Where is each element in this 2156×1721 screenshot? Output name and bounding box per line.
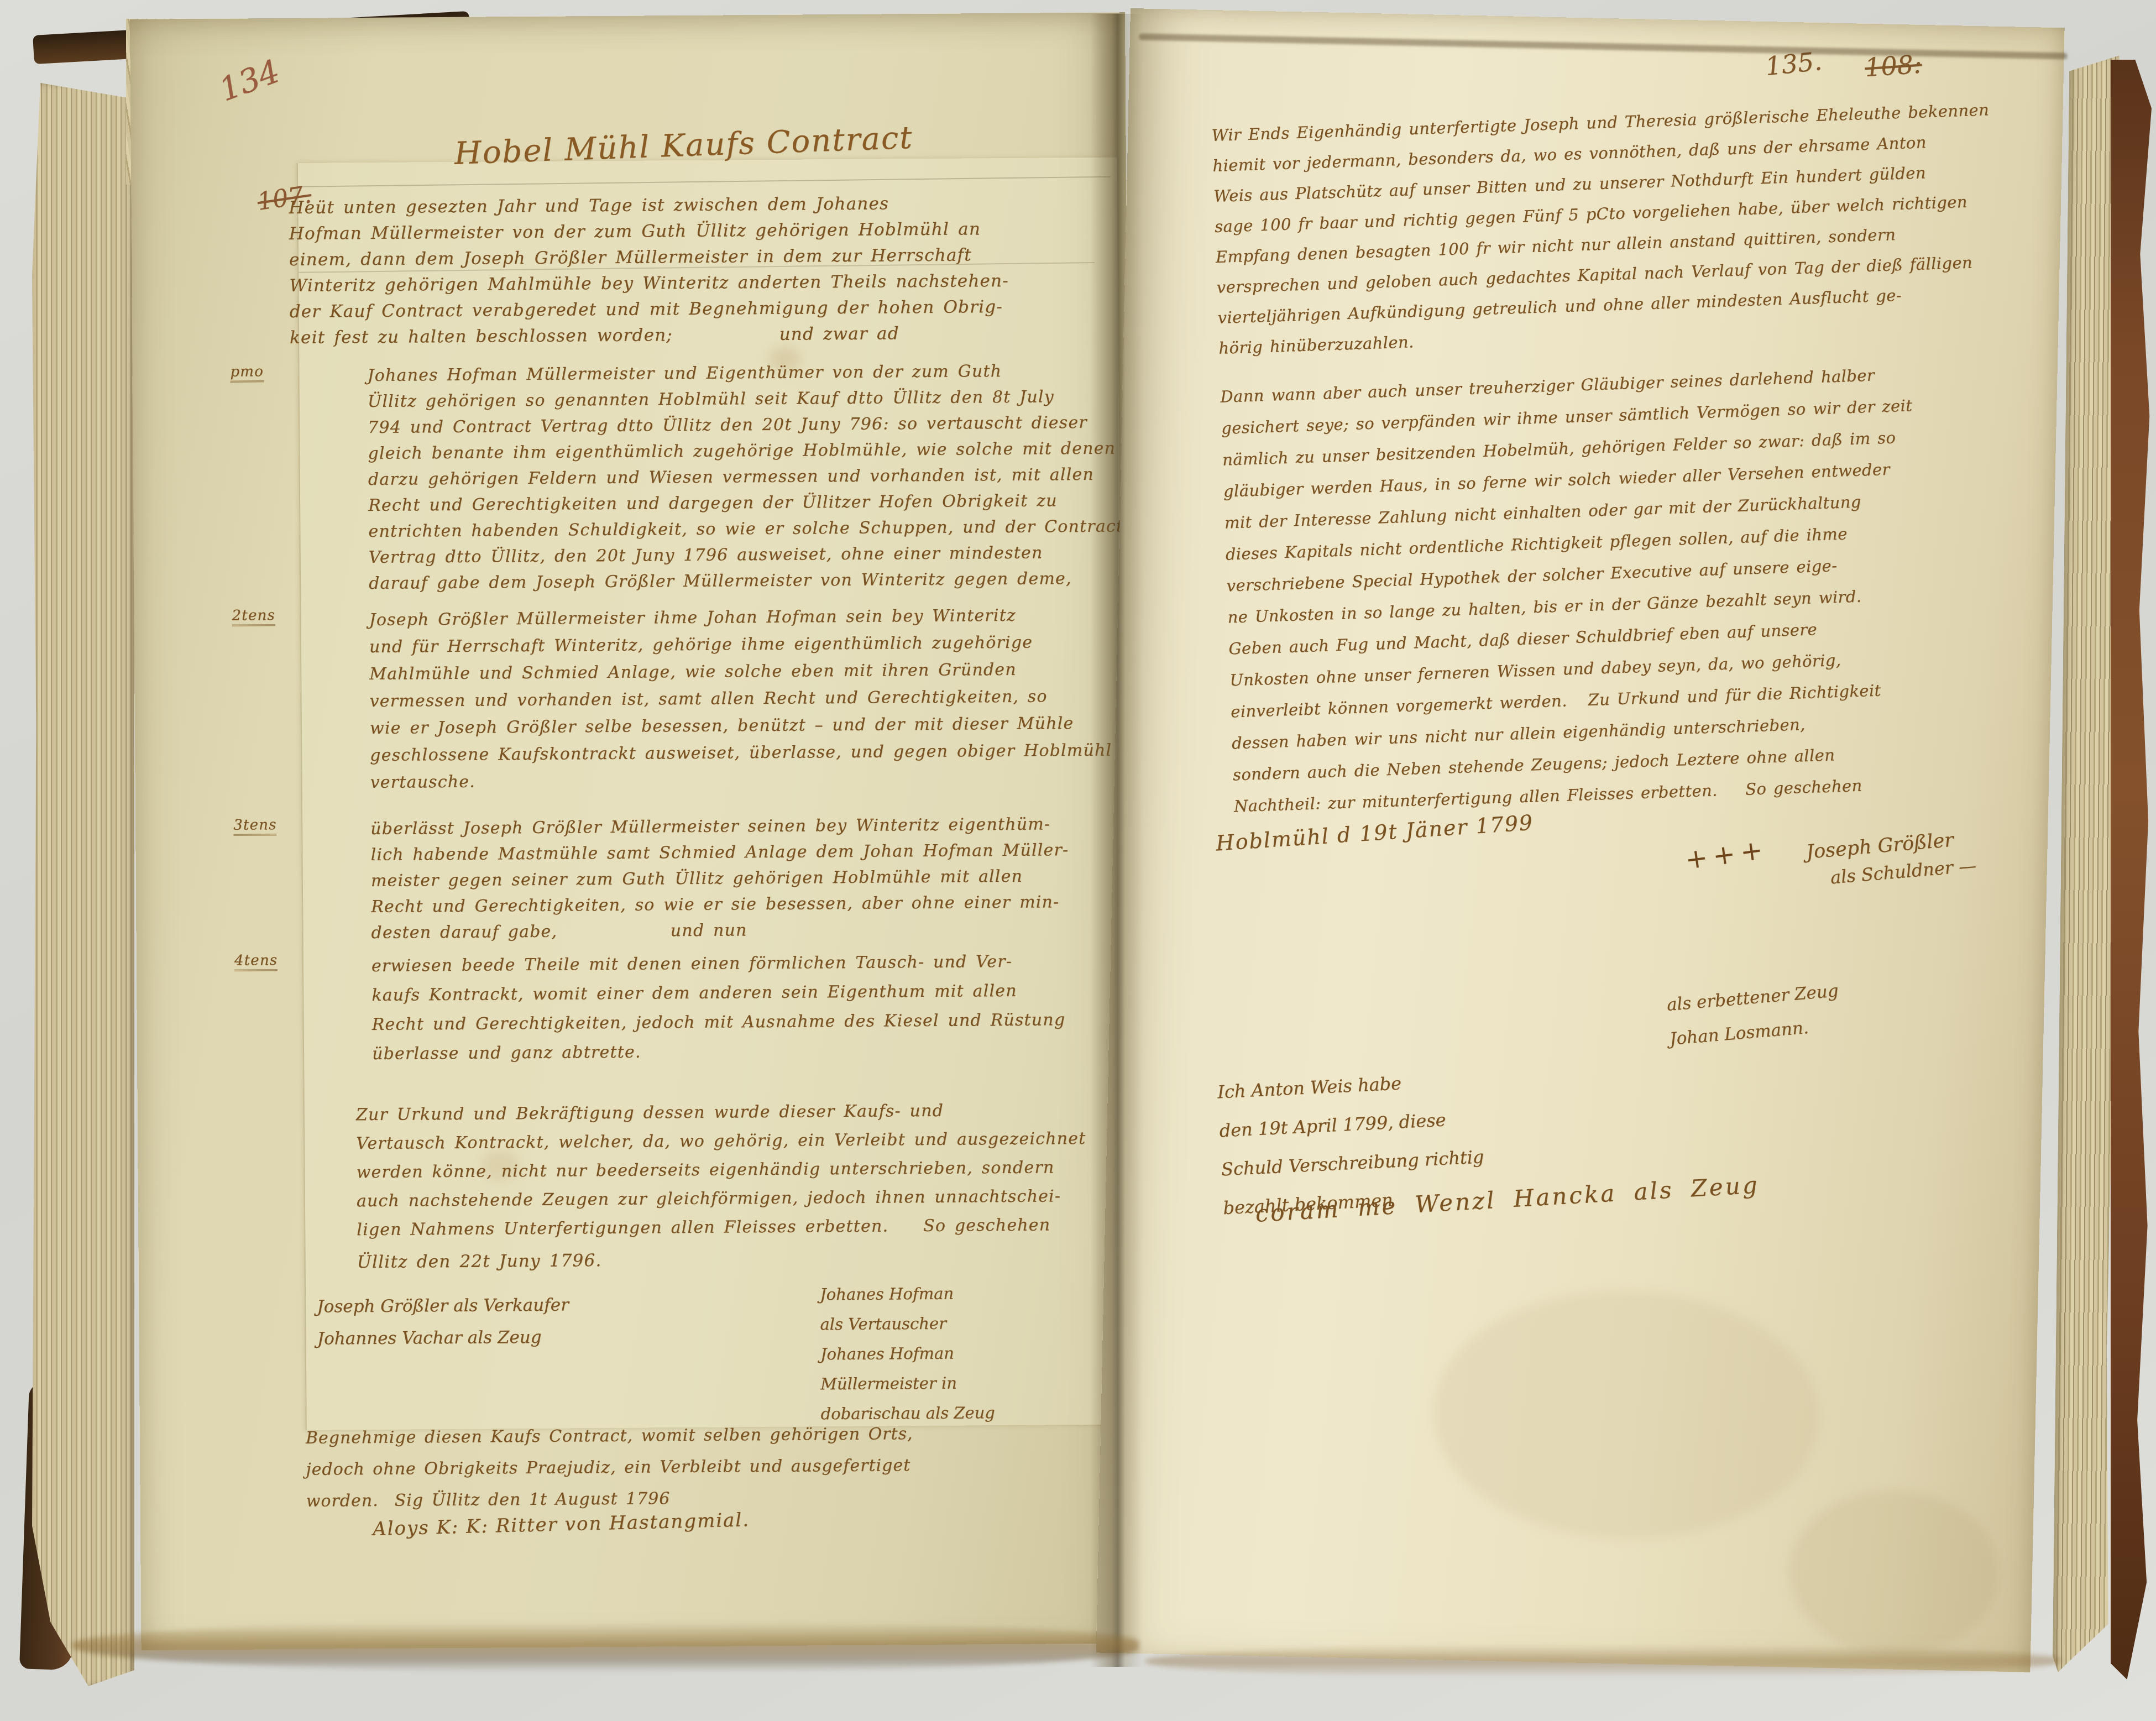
margin-label-secundo: 2tens [232, 607, 275, 626]
paper-mottling [1430, 1286, 1822, 1544]
contract-closing-paragraph: Zur Urkund und Bekräftigung dessen wurde… [356, 1095, 1126, 1244]
manuscript-line: werden könne, nicht nur beederseits eige… [356, 1153, 1124, 1187]
contract-clause-4: 4tens erwiesen beede Theile mit denen ei… [371, 946, 1124, 1068]
manuscript-line: Zur Urkund und Bekräftigung dessen wurde… [356, 1095, 1124, 1129]
signature-line: Johanes Hofman [820, 1278, 995, 1309]
margin-label-primo: pmo [230, 363, 264, 382]
manuscript-line: keit fest zu halten beschlossen worden; … [290, 320, 1119, 351]
contract-dateline: Üllitz den 22t Juny 1796. [357, 1242, 1126, 1277]
signature-column-left: Joseph Größler als VerkauferJohannes Vac… [317, 1289, 569, 1355]
manuscript-line: kaufs Kontrackt, womit einer dem anderen… [371, 975, 1123, 1009]
manuscript-line: erwiesen beede Theile mit denen einen fö… [371, 946, 1123, 980]
signature-cross-marks: +++ [1683, 834, 1770, 876]
debt-note-paragraph-1: Wir Ends Eigenhändig unterfertigte Josep… [1211, 92, 2065, 363]
manuscript-line: jedoch ohne Obrigkeits Praejudiz, ein Ve… [306, 1448, 1136, 1485]
manuscript-line: auch nachstehende Zeugen zur gleichförmi… [357, 1181, 1125, 1216]
manuscript-line: ligen Nahmens Unterfertigungen allen Fle… [357, 1210, 1125, 1244]
manuscript-line: Vertausch Kontrackt, welcher, da, wo geh… [356, 1124, 1124, 1158]
signature-line: Müllermeister in [820, 1368, 995, 1399]
signature-line: Johannes Vachar als Zeug [317, 1321, 569, 1355]
page-block-edge-left [32, 83, 134, 1686]
manuscript-line: darauf gabe dem Joseph Größler Müllermei… [369, 566, 1121, 597]
signature-line: als Vertauscher [820, 1308, 995, 1339]
manuscript-line: Recht und Gerechtigkeiten, so wie er sie… [371, 888, 1123, 919]
manuscript-line: geschlossene Kaufskontrackt ausweiset, ü… [370, 737, 1122, 769]
signature-line: Joseph Größler als Verkaufer [317, 1289, 569, 1323]
signature-column-right: Johanes Hofmanals VertauscherJohanes Hof… [820, 1278, 995, 1429]
margin-label-tertio: 3tens [233, 817, 277, 836]
witness-signature-block: als erbettener ZeugJohan Losmann. [1665, 974, 1843, 1056]
leather-cover-right [2111, 60, 2152, 1680]
contract-clause-1: pmo Johanes Hofman Müllermeister und Eig… [367, 358, 1121, 597]
contract-clause-3: 3tens überlässt Joseph Größler Müllermei… [370, 811, 1123, 946]
manuscript-line: desten darauf gabe, und nun [371, 914, 1123, 945]
debt-note-body-text: Wir Ends Eigenhändig unterfertigte Josep… [1211, 92, 2065, 822]
manuscript-line: Recht und Gerechtigkeiten, jedoch mit Au… [372, 1005, 1124, 1039]
page-bottom-deckle-edge [72, 1623, 1139, 1672]
photograph-of-manuscript-book: { "colors":{"ink":"#7a5120","ink_dark":"… [0, 0, 2156, 1721]
page-bottom-deckle-edge [1144, 1645, 2062, 1678]
debtor-signature-block: Joseph Größler als Schuldner — [1805, 822, 1977, 890]
page-number-left: 134 [214, 52, 284, 108]
contract-clause-2: 2tens Joseph Größler Müllermeister ihme … [369, 601, 1122, 796]
paper-mottling [1787, 1488, 2001, 1658]
debt-note-paragraph-2: Dann wann aber auch unser treuherziger G… [1220, 353, 2064, 822]
manuscript-page-left: 134 107. Hobel Mühl Kaufs Contract Heüt … [130, 12, 1137, 1650]
margin-label-quarto: 4tens [234, 952, 278, 971]
book-gutter-fold [1090, 14, 1143, 1667]
contract-body-text: Heüt unten gesezten Jahr und Tage ist zw… [289, 190, 1126, 1277]
manuscript-line: überlasse und ganz abtrette. [372, 1034, 1124, 1068]
manuscript-line: vertausche. [370, 764, 1122, 796]
signature-line: Johanes Hofman [820, 1338, 995, 1369]
contract-intro-paragraph: Heüt unten gesezten Jahr und Tage ist zw… [289, 190, 1119, 351]
manuscript-page-right: 135. 108: Wir Ends Eigenhändig unterfert… [1096, 8, 2065, 1672]
manuscript-line: Begnehmige diesen Kaufs Contract, womit … [306, 1416, 1137, 1454]
approval-note: Begnehmige diesen Kaufs Contract, womit … [306, 1416, 1137, 1517]
